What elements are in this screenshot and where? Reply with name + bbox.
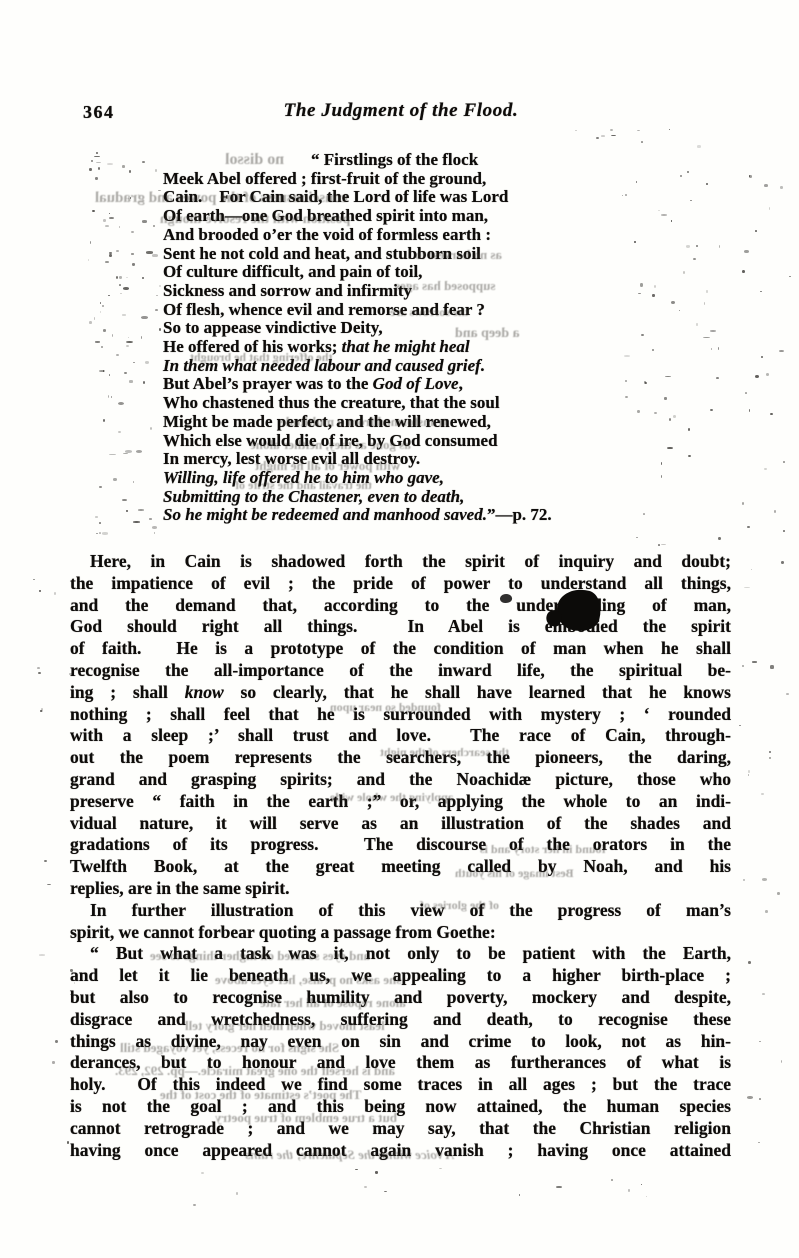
- scan-speck: [89, 168, 92, 171]
- scan-speck: [122, 499, 128, 502]
- prose-line: and let it lie beneath us, we appealing …: [70, 965, 731, 987]
- scan-speck: [119, 226, 120, 228]
- scan-speck: [611, 135, 615, 136]
- text-segment: spirit, we cannot forbear quoting a pass…: [70, 922, 496, 942]
- scan-speck: [94, 317, 96, 320]
- text-segment: ”—p. 72.: [487, 505, 552, 524]
- scan-speck: [661, 214, 667, 216]
- scan-speck: [152, 254, 158, 257]
- scan-speck: [158, 190, 161, 192]
- scan-speck: [155, 169, 157, 172]
- scan-speck: [761, 356, 763, 359]
- text-segment: with a sleep ;’ shall trust and love. Th…: [70, 725, 731, 745]
- scan-speck: [103, 419, 106, 422]
- scan-speck: [697, 145, 700, 148]
- text-segment: ,: [459, 374, 463, 393]
- scan-speck: [44, 860, 47, 863]
- scan-speck: [123, 287, 129, 290]
- scan-speck: [116, 250, 119, 252]
- scan-speck: [119, 276, 122, 279]
- running-head: 364 The Judgment of the Flood.: [70, 100, 732, 122]
- scan-speck: [92, 210, 95, 212]
- scan-speck: [142, 220, 147, 223]
- scan-speck: [748, 961, 751, 964]
- text-segment: things as divine, nay even on sin and cr…: [70, 1031, 731, 1051]
- text-segment: cannot retrograde ; and we may say, that…: [70, 1118, 731, 1138]
- scan-speck: [742, 502, 744, 505]
- text-segment: In further illustration of this view of …: [90, 900, 731, 920]
- scan-speck: [159, 285, 161, 288]
- scan-speck: [439, 1168, 442, 1169]
- text-segment: And brooded o’er the void of formless ea…: [163, 225, 491, 244]
- scan-speck: [749, 175, 750, 176]
- scan-speck: [658, 544, 660, 546]
- scan-speck: [99, 522, 101, 524]
- scan-speck: [637, 130, 640, 131]
- text-segment: grand and grasping spirits; and the Noac…: [70, 769, 731, 789]
- scan-speck: [671, 220, 672, 221]
- scan-speck: [120, 293, 122, 294]
- scan-speck: [774, 510, 776, 513]
- italic-text-segment: Willing, life offered he to him who gave…: [163, 468, 444, 487]
- prose-line: In further illustration of this view of …: [70, 900, 731, 922]
- text-segment: replies, are in the same spirit.: [70, 878, 290, 898]
- scan-speck: [118, 431, 121, 434]
- scan-speck: [747, 526, 749, 528]
- scan-speck: [150, 427, 152, 430]
- scan-speck: [688, 428, 690, 431]
- italic-text-segment: God of Love: [373, 374, 459, 393]
- prose-line: spirit, we cannot forbear quoting a pass…: [70, 922, 731, 944]
- scan-speck: [156, 295, 159, 296]
- scan-speck: [769, 207, 770, 210]
- scan-speck: [611, 1179, 613, 1181]
- scan-speck: [759, 1098, 761, 1100]
- text-segment: so clearly, that he shall have learned t…: [224, 682, 731, 702]
- text-segment: So to appease vindictive Deity,: [163, 318, 383, 337]
- prose-line: having once appeared cannot again vanish…: [70, 1140, 731, 1162]
- scan-speck: [112, 334, 113, 337]
- scan-speck: [761, 793, 763, 795]
- scan-speck: [755, 230, 758, 232]
- prose-line: vidual nature, it will serve as an illus…: [70, 813, 731, 835]
- text-segment: Sent he not cold and heat, and stubborn …: [163, 244, 481, 263]
- scan-speck: [155, 309, 158, 311]
- scan-speck: [687, 171, 690, 174]
- scan-speck: [641, 141, 643, 143]
- scan-speck: [762, 878, 767, 881]
- prose-line: of faith. He is a prototype of the condi…: [70, 638, 731, 660]
- scan-speck: [364, 1186, 367, 1188]
- scan-speck: [749, 175, 752, 178]
- prose-line: and the demand that, according to the un…: [70, 595, 731, 617]
- text-segment: Of culture difficult, and pain of toil,: [163, 262, 422, 281]
- scan-speck: [777, 892, 780, 895]
- text-segment: holy. Of this indeed we find some traces…: [70, 1074, 731, 1094]
- scan-speck: [133, 481, 135, 483]
- scan-speck: [94, 156, 100, 158]
- scan-speck: [770, 413, 773, 415]
- poem-line: And brooded o’er the void of formless ea…: [163, 226, 655, 245]
- italic-text-segment: that he might heal: [342, 337, 470, 356]
- scan-speck: [789, 276, 791, 278]
- scan-speck: [747, 1096, 753, 1099]
- scan-speck: [103, 370, 105, 372]
- scan-speck: [781, 561, 784, 564]
- scan-speck: [769, 757, 771, 759]
- scan-speck: [33, 579, 35, 580]
- text-segment: Cain. For Cain said, the Lord of life wa…: [163, 187, 508, 206]
- scan-speck: [781, 1060, 782, 1063]
- poem-line: Submitting to the Chastener, even to dea…: [163, 488, 655, 507]
- text-segment: recognise the all-importance of the inwa…: [70, 660, 731, 680]
- page-number: 364: [83, 102, 115, 123]
- scan-speck: [130, 197, 132, 200]
- text-segment: but also to recognise humility and pover…: [70, 987, 731, 1007]
- prose-line: “ But what a task was it, not only to be…: [70, 943, 731, 965]
- scan-speck: [755, 375, 759, 378]
- text-segment: Which else would die of ire, by God cons…: [163, 431, 498, 450]
- scan-speck: [748, 770, 750, 773]
- scan-speck: [149, 518, 152, 519]
- text-segment: Of earth—one God breathed spirit into ma…: [163, 206, 488, 225]
- scan-speck: [129, 170, 132, 173]
- poem-line: Of flesh, whence evil and remorse and fe…: [163, 301, 655, 320]
- scan-speck: [131, 231, 134, 234]
- scan-speck: [764, 184, 768, 187]
- scan-speck: [111, 396, 112, 399]
- scan-speck: [108, 295, 110, 297]
- scan-speck: [355, 1169, 358, 1170]
- scan-speck: [748, 774, 749, 776]
- scan-speck: [98, 167, 100, 170]
- scan-speck: [671, 301, 675, 304]
- text-segment: ing ; shall: [70, 682, 185, 702]
- scan-speck: [109, 217, 115, 220]
- scan-speck: [673, 415, 676, 418]
- scan-speck: [136, 450, 143, 453]
- poem-line: Sickness and sorrow and infirmity: [163, 282, 655, 301]
- scan-speck: [90, 241, 92, 244]
- text-segment: Twelfth Book, at the great meeting calle…: [70, 856, 731, 876]
- prose-line: holy. Of this indeed we find some traces…: [70, 1074, 731, 1096]
- scan-speck: [762, 993, 765, 995]
- scan-speck: [126, 345, 129, 348]
- scan-speck: [102, 305, 104, 307]
- scan-speck: [706, 290, 708, 292]
- scan-speck: [124, 372, 128, 374]
- text-segment: the impatience of evil ; the pride of po…: [70, 573, 731, 593]
- scan-speck: [125, 450, 132, 453]
- scan-speck: [664, 397, 666, 400]
- poem-line: So to appease vindictive Deity,: [163, 319, 655, 338]
- scan-speck: [152, 526, 157, 529]
- scan-speck: [596, 137, 599, 139]
- poem-line: Meek Abel offered ; first-fruit of the g…: [163, 170, 655, 189]
- scan-speck: [646, 1196, 647, 1197]
- text-segment: “ But what a task was it, not only to be…: [90, 943, 731, 963]
- scan-speck: [706, 183, 708, 185]
- scan-speck: [95, 341, 100, 343]
- scan-speck: [636, 537, 638, 539]
- scan-speck: [601, 135, 605, 137]
- scan-speck: [661, 462, 662, 465]
- prose-line: the impatience of evil ; the pride of po…: [70, 573, 731, 595]
- scan-speck: [690, 200, 692, 202]
- scan-speck: [103, 219, 106, 221]
- scan-speck: [742, 270, 745, 273]
- scan-speck: [679, 310, 680, 311]
- scan-speck: [661, 475, 662, 478]
- scan-speck: [669, 129, 670, 130]
- scan-speck: [40, 710, 42, 712]
- scan-speck: [126, 341, 133, 343]
- prose-line: is not the goal ; and this being now att…: [70, 1096, 731, 1118]
- scan-speck: [745, 392, 747, 394]
- scan-speck: [667, 447, 673, 449]
- scan-speck: [39, 954, 45, 956]
- scan-speck: [129, 380, 133, 382]
- scan-speck: [131, 253, 134, 254]
- scan-speck: [752, 661, 757, 663]
- scan-speck: [159, 328, 161, 331]
- scan-speck: [141, 316, 147, 319]
- scan-speck: [133, 362, 135, 363]
- scan-speck: [118, 402, 125, 405]
- text-segment: of faith. He is a prototype of the condi…: [70, 638, 731, 658]
- scan-speck: [143, 381, 145, 384]
- prose-line: Twelfth Book, at the great meeting calle…: [70, 856, 731, 878]
- prose-line: with a sleep ;’ shall trust and love. Th…: [70, 725, 731, 747]
- scan-speck: [739, 725, 741, 726]
- scan-speck: [696, 245, 698, 246]
- scan-speck: [116, 276, 118, 279]
- prose-line: but also to recognise humility and pover…: [70, 987, 731, 1009]
- italic-text-segment: know: [185, 682, 224, 702]
- scan-speck: [107, 163, 113, 165]
- scan-speck: [686, 245, 691, 248]
- scan-speck: [711, 348, 713, 349]
- scan-speck: [99, 370, 106, 372]
- italic-text-segment: Submitting to the Chastener, even to dea…: [163, 487, 464, 506]
- prose-line: out the poem represents the searchers, t…: [70, 747, 731, 769]
- text-segment: vidual nature, it will serve as an illus…: [70, 813, 731, 833]
- poem-line: Might be made perfect, and the will rene…: [163, 413, 655, 432]
- prose-line: grand and grasping spirits; and the Noac…: [70, 769, 731, 791]
- text-segment: Meek Abel offered ; first-fruit of the g…: [163, 169, 486, 188]
- scan-speck: [89, 321, 92, 324]
- scan-speck: [52, 1061, 55, 1064]
- scan-speck: [109, 213, 110, 215]
- scan-speck: [751, 569, 753, 571]
- scan-speck: [100, 311, 101, 313]
- scan-speck: [783, 461, 785, 463]
- italic-text-segment: In them what needed labour and caused gr…: [163, 356, 485, 375]
- scan-speck: [146, 251, 153, 253]
- text-segment: gradations of its progress. The discours…: [70, 834, 731, 854]
- scan-speck: [779, 350, 785, 352]
- scan-speck: [128, 337, 129, 338]
- scan-speck: [41, 708, 43, 711]
- scan-speck: [688, 455, 691, 457]
- scan-speck: [575, 130, 577, 131]
- scan-speck: [375, 1171, 378, 1173]
- scan-speck: [718, 537, 721, 540]
- text-segment: God should right all things. In Abel is …: [70, 616, 731, 636]
- prose-line: ing ; shall know so clearly, that he sha…: [70, 682, 731, 704]
- scan-speck: [759, 1041, 761, 1042]
- scan-speck: [665, 376, 671, 377]
- scan-speck: [109, 252, 112, 255]
- prose-line: cannot retrograde ; and we may say, that…: [70, 1118, 731, 1140]
- scan-speck: [384, 1191, 387, 1192]
- poem-line: “ Firstlings of the flock: [163, 151, 655, 170]
- scan-speck: [105, 261, 109, 264]
- scan-speck: [519, 1194, 521, 1196]
- scan-speck: [109, 254, 112, 257]
- scan-speck: [145, 361, 150, 364]
- poem-line: He offered of his works; that he might h…: [163, 338, 655, 357]
- text-segment: In mercy, lest worse evil all destroy.: [163, 449, 420, 468]
- scan-speck: [39, 590, 41, 592]
- poem-line: Who chastened thus the creature, that th…: [163, 394, 655, 413]
- prose-body: Here, in Cain is shadowed forth the spir…: [70, 551, 731, 1161]
- text-segment: Sickness and sorrow and infirmity: [163, 281, 412, 300]
- text-segment: Might be made perfect, and the will rene…: [163, 412, 491, 431]
- scan-speck: [780, 186, 783, 189]
- scan-speck: [744, 587, 750, 588]
- poem-line: In mercy, lest worse evil all destroy.: [163, 450, 655, 469]
- scan-speck: [126, 277, 128, 278]
- scan-speck: [783, 530, 785, 532]
- scan-speck: [142, 277, 144, 279]
- scan-speck: [122, 314, 126, 315]
- scan-speck: [113, 478, 117, 481]
- scan-speck: [696, 323, 698, 325]
- prose-line: disgrace and wretchedness, suffering and…: [70, 1009, 731, 1031]
- scan-speck: [710, 330, 715, 332]
- text-segment: But Abel’s prayer was to the: [163, 374, 373, 393]
- scan-speck: [742, 665, 744, 667]
- prose-line: Here, in Cain is shadowed forth the spir…: [70, 551, 731, 573]
- scan-speck: [693, 258, 696, 260]
- scan-speck: [658, 210, 660, 211]
- text-segment: and let it lie beneath us, we appealing …: [70, 965, 731, 985]
- scan-speck: [758, 1142, 761, 1143]
- prose-line: replies, are in the same spirit.: [70, 878, 731, 900]
- scan-speck: [138, 509, 144, 511]
- scan-speck: [54, 592, 56, 595]
- scan-speck: [142, 161, 146, 163]
- scan-speck: [123, 453, 128, 454]
- poem-line: Of culture difficult, and pain of toil,: [163, 263, 655, 282]
- scan-speck: [669, 418, 671, 421]
- scan-speck: [96, 162, 100, 164]
- scan-speck: [710, 409, 713, 411]
- text-segment: and the demand that, according to the un…: [70, 595, 731, 615]
- scan-speck: [95, 177, 98, 180]
- text-segment: “ Firstlings of the flock: [311, 150, 478, 169]
- text-segment: He offered of his works;: [163, 337, 342, 356]
- scan-speck: [683, 271, 685, 274]
- scan-speck: [743, 879, 745, 881]
- text-segment: Here, in Cain is shadowed forth the spir…: [90, 551, 731, 571]
- prose-line: nothing ; shall feel that he is surround…: [70, 704, 731, 726]
- scan-speck: [55, 1040, 58, 1043]
- poem-line: Willing, life offered he to him who gave…: [163, 469, 655, 488]
- prose-line: recognise the all-importance of the inwa…: [70, 660, 731, 682]
- poem-line: Sent he not cold and heat, and stubborn …: [163, 245, 655, 264]
- scan-speck: [193, 1204, 196, 1206]
- text-segment: having once appeared cannot again vanish…: [70, 1140, 731, 1160]
- poem-quotation: “ Firstlings of the flockMeek Abel offer…: [163, 151, 655, 525]
- scan-speck: [703, 337, 710, 338]
- text-segment: derances, but to honour and love them as…: [70, 1052, 731, 1072]
- prose-line: gradations of its progress. The discours…: [70, 834, 731, 856]
- scan-speck: [154, 532, 155, 534]
- scan-speck: [47, 884, 52, 886]
- scan-speck: [96, 152, 98, 155]
- scan-speck: [201, 1172, 204, 1174]
- scan-speck: [91, 160, 93, 162]
- text-segment: out the poem represents the searchers, t…: [70, 747, 731, 767]
- scan-speck: [716, 377, 719, 379]
- text-segment: nothing ; shall feel that he is surround…: [70, 704, 731, 724]
- scan-speck: [153, 225, 155, 227]
- text-segment: is not the goal ; and this being now att…: [70, 1096, 731, 1116]
- scan-speck: [95, 516, 98, 518]
- scan-speck: [105, 225, 109, 228]
- text-segment: Who chastened thus the creature, that th…: [163, 393, 500, 412]
- prose-line: things as divine, nay even on sin and cr…: [70, 1031, 731, 1053]
- scan-speck: [96, 533, 98, 534]
- scan-speck: [67, 1141, 70, 1143]
- scan-speck: [102, 532, 108, 534]
- scan-speck: [556, 1186, 562, 1189]
- scan-speck: [744, 250, 749, 253]
- scan-speck: [236, 1192, 238, 1195]
- scan-speck: [99, 486, 101, 489]
- poem-line: Which else would die of ire, by God cons…: [163, 432, 655, 451]
- scan-speck: [100, 302, 102, 305]
- scan-speck: [680, 175, 683, 177]
- poem-line: Of earth—one God breathed spirit into ma…: [163, 207, 655, 226]
- scan-speck: [116, 354, 119, 356]
- scan-speck: [122, 165, 125, 168]
- scan-speck: [765, 910, 767, 913]
- scan-speck: [769, 751, 772, 754]
- scan-speck: [641, 1184, 643, 1185]
- prose-line: God should right all things. In Abel is …: [70, 616, 731, 638]
- scan-speck: [760, 291, 762, 293]
- poem-line: Cain. For Cain said, the Lord of life wa…: [163, 188, 655, 207]
- scan-speck: [128, 196, 130, 199]
- scan-speck: [133, 521, 139, 523]
- scan-speck: [610, 129, 613, 131]
- scan-speck: [661, 544, 666, 545]
- scan-speck: [88, 259, 89, 261]
- scan-speck: [764, 468, 767, 470]
- text-segment: Of flesh, whence evil and remorse and fe…: [163, 300, 485, 319]
- text-segment: disgrace and wretchedness, suffering and…: [70, 1009, 731, 1029]
- poem-line: In them what needed labour and caused gr…: [163, 357, 655, 376]
- scan-speck: [109, 374, 111, 377]
- scan-speck: [119, 284, 121, 286]
- scan-speck: [101, 346, 104, 348]
- scan-speck: [126, 510, 129, 512]
- scan-speck: [749, 409, 751, 412]
- scan-speck: [718, 347, 719, 350]
